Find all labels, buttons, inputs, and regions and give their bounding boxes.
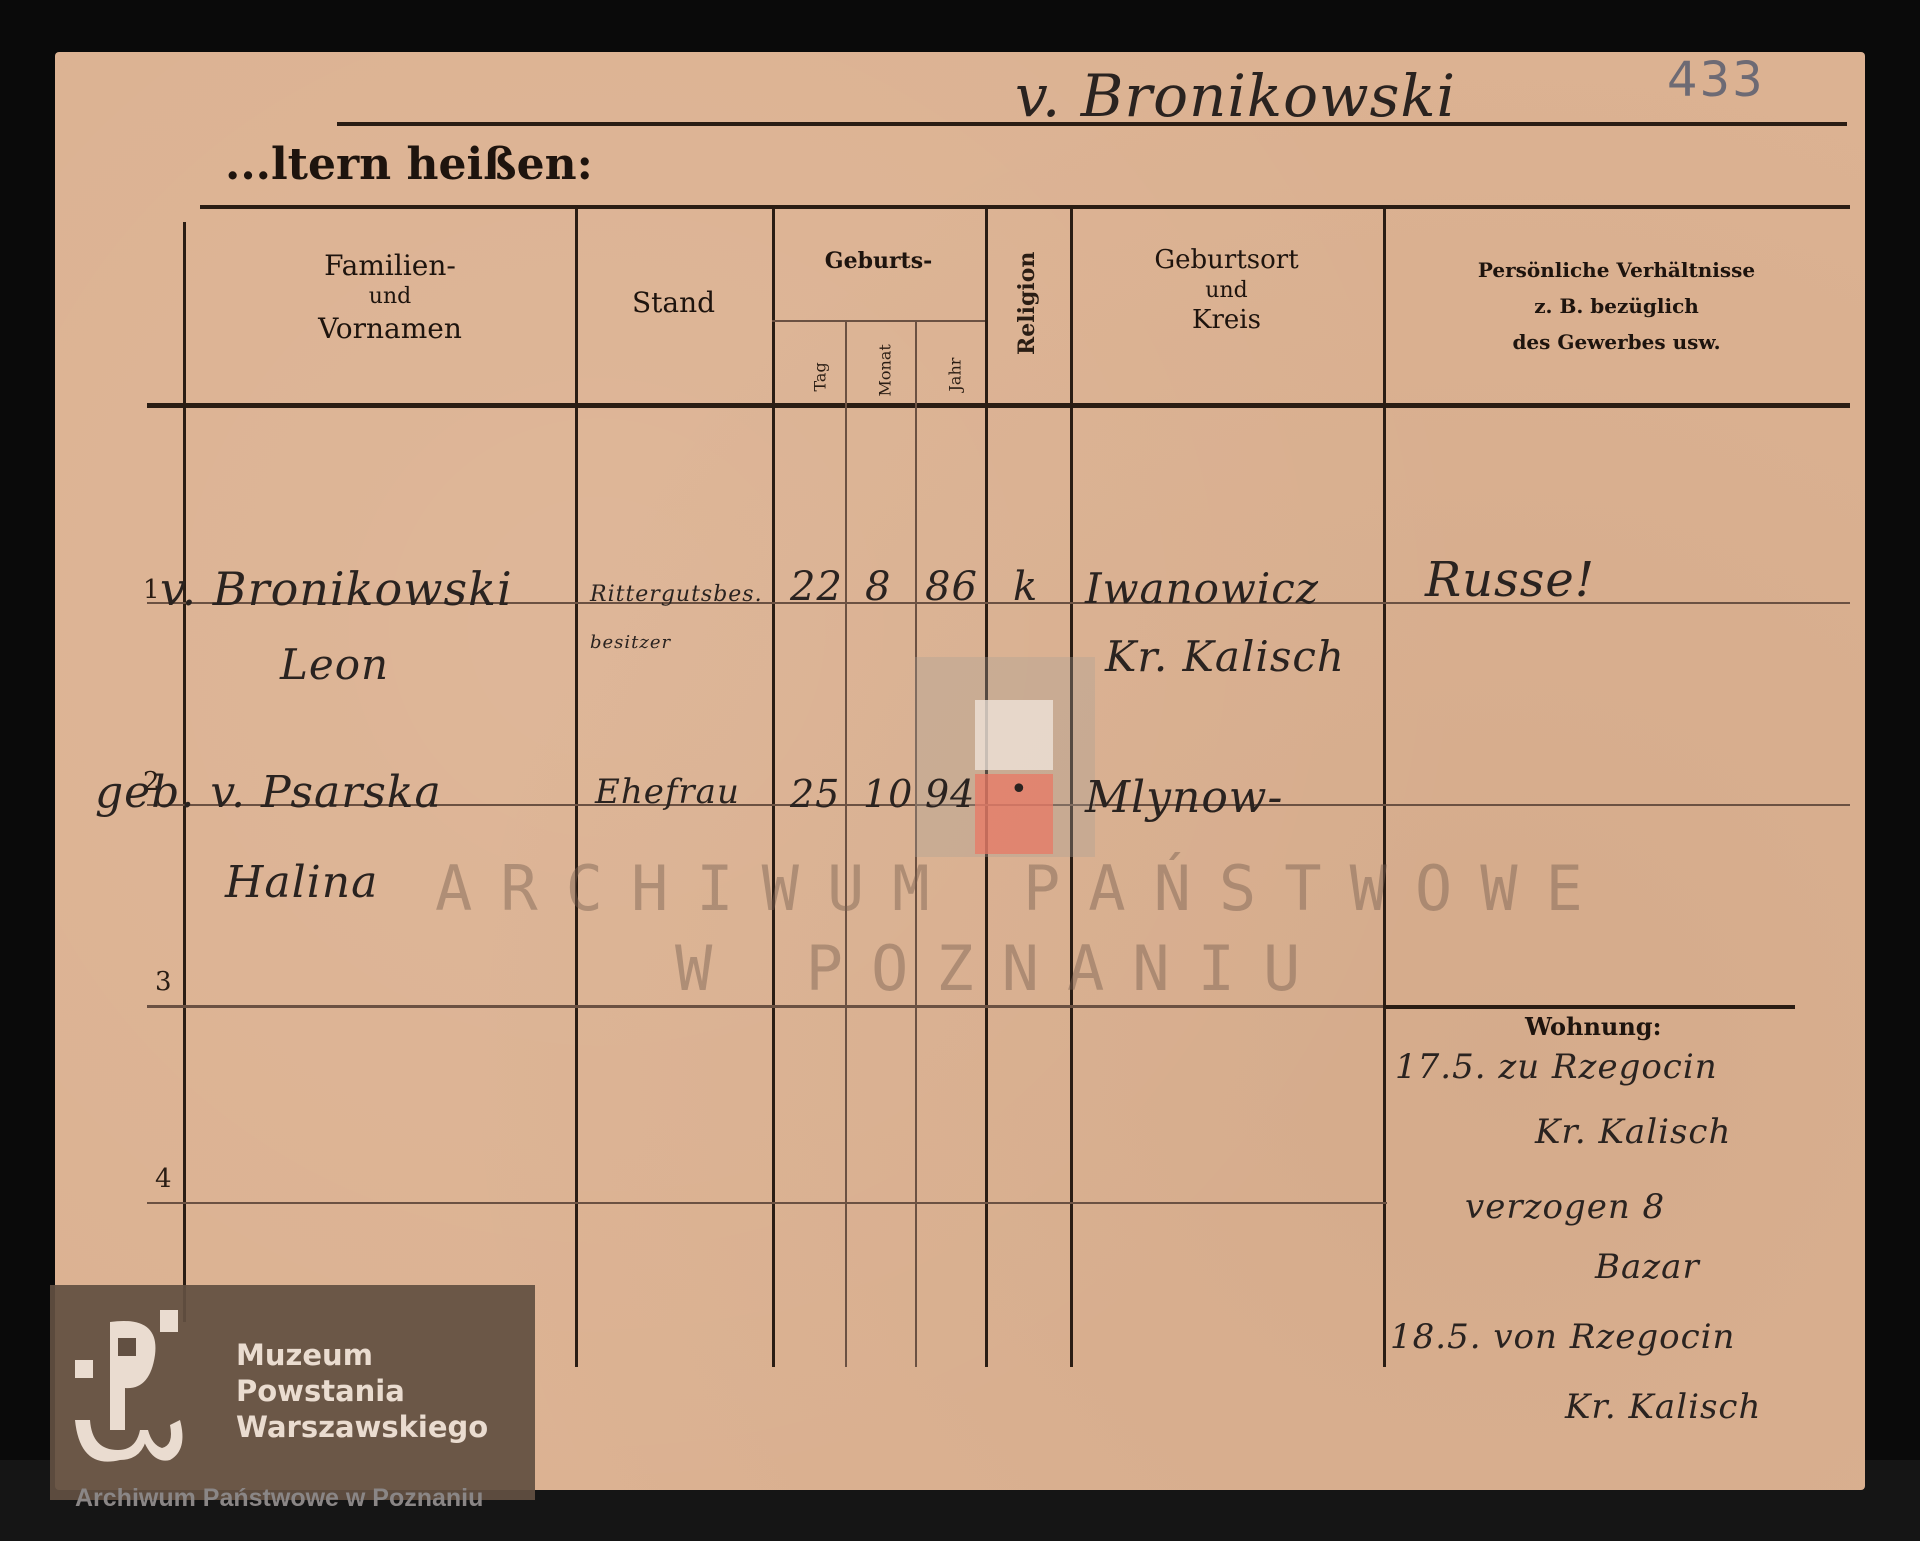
row-number-1: 1 (143, 575, 160, 605)
wohnung-line-1: 17.5. zu Rzegocin (1395, 1047, 1718, 1087)
section-title: ...ltern heißen: (225, 137, 593, 192)
geburts-subrule (772, 320, 985, 322)
row-number-4: 4 (155, 1164, 172, 1194)
header-bottom-rule (147, 403, 1850, 408)
row-rule-3 (147, 1005, 1387, 1008)
header-geburtsort: Geburtsort und Kreis (1070, 244, 1383, 337)
entry2-geburtsort: Mlynow- (1085, 772, 1283, 823)
col-line-name (575, 207, 578, 1367)
entry1-religion: k (1013, 564, 1038, 610)
wohnung-line-4: Bazar (1595, 1247, 1700, 1287)
header-religion: Religion (1014, 255, 1040, 355)
header-name: Familien- und Vornamen (225, 248, 555, 346)
col-line-stand (772, 207, 775, 1367)
archive-caption: Archiwum Państwowe w Poznaniu (75, 1484, 483, 1513)
entry1-firstname: Leon (280, 640, 389, 689)
header-geburts: Geburts- (772, 248, 985, 276)
wohnung-label: Wohnung: (1525, 1012, 1661, 1042)
header-jahr: Jahr (946, 332, 965, 392)
wohnung-rule (1383, 1005, 1795, 1009)
wohnung-line-2: Kr. Kalisch (1535, 1112, 1731, 1152)
museum-name: Muzeum Powstania Warszawskiego (236, 1337, 488, 1445)
entry1-jahr: 86 (925, 564, 978, 610)
entry1-verhaeltnisse: Russe! (1425, 552, 1595, 608)
archive-watermark-line2: W POZNANIU (675, 932, 1328, 1005)
top-name: v. Bronikowski (1015, 62, 1456, 130)
entry1-stand: Rittergutsbes. (590, 582, 763, 607)
row-number-3: 3 (155, 967, 172, 997)
entry2-name: geb. v. Psarska (95, 767, 442, 818)
header-top-rule (200, 205, 1850, 209)
header-tag: Tag (811, 332, 830, 392)
entry2-stand: Ehefrau (595, 772, 740, 812)
entry1-tag: 22 (790, 564, 843, 610)
col-line-tag (845, 320, 847, 1367)
entry1-stand2: besitzer (590, 632, 671, 653)
wohnung-line-6: Kr. Kalisch (1565, 1387, 1761, 1427)
header-persoenliche: Persönliche Verhältnisse z. B. bezüglich… (1383, 252, 1850, 360)
entry1-monat: 8 (865, 564, 891, 610)
entry1-kreis: Kr. Kalisch (1105, 632, 1345, 681)
header-monat: Monat (876, 327, 895, 397)
museum-logo-overlay: Muzeum Powstania Warszawskiego (50, 1285, 535, 1500)
header-stand: Stand (575, 285, 772, 320)
wohnung-line-3: verzogen 8 (1465, 1187, 1665, 1227)
kotwica-logo-icon (70, 1310, 210, 1470)
document-card: v. Bronikowski 433 ...ltern heißen: Fami… (55, 52, 1865, 1490)
reference-number: 433 (1667, 52, 1765, 108)
row-rule-4 (147, 1202, 1387, 1204)
archive-watermark-line1: ARCHIWUM PAŃSTWOWE (435, 852, 1611, 925)
entry2-tag: 25 (790, 772, 840, 816)
entry2-religion: • (1010, 772, 1029, 807)
entry2-firstname: Halina (225, 857, 378, 908)
entry1-geburtsort: Iwanowicz (1085, 564, 1319, 613)
entry2-monat: 10 (863, 772, 913, 816)
wohnung-line-5: 18.5. von Rzegocin (1390, 1317, 1735, 1357)
color-calibration-white (975, 700, 1053, 770)
entry2-jahr: 94 (925, 772, 975, 816)
entry1-name: v. Bronikowski (160, 562, 513, 616)
col-line-geburtsort (1383, 207, 1386, 1367)
